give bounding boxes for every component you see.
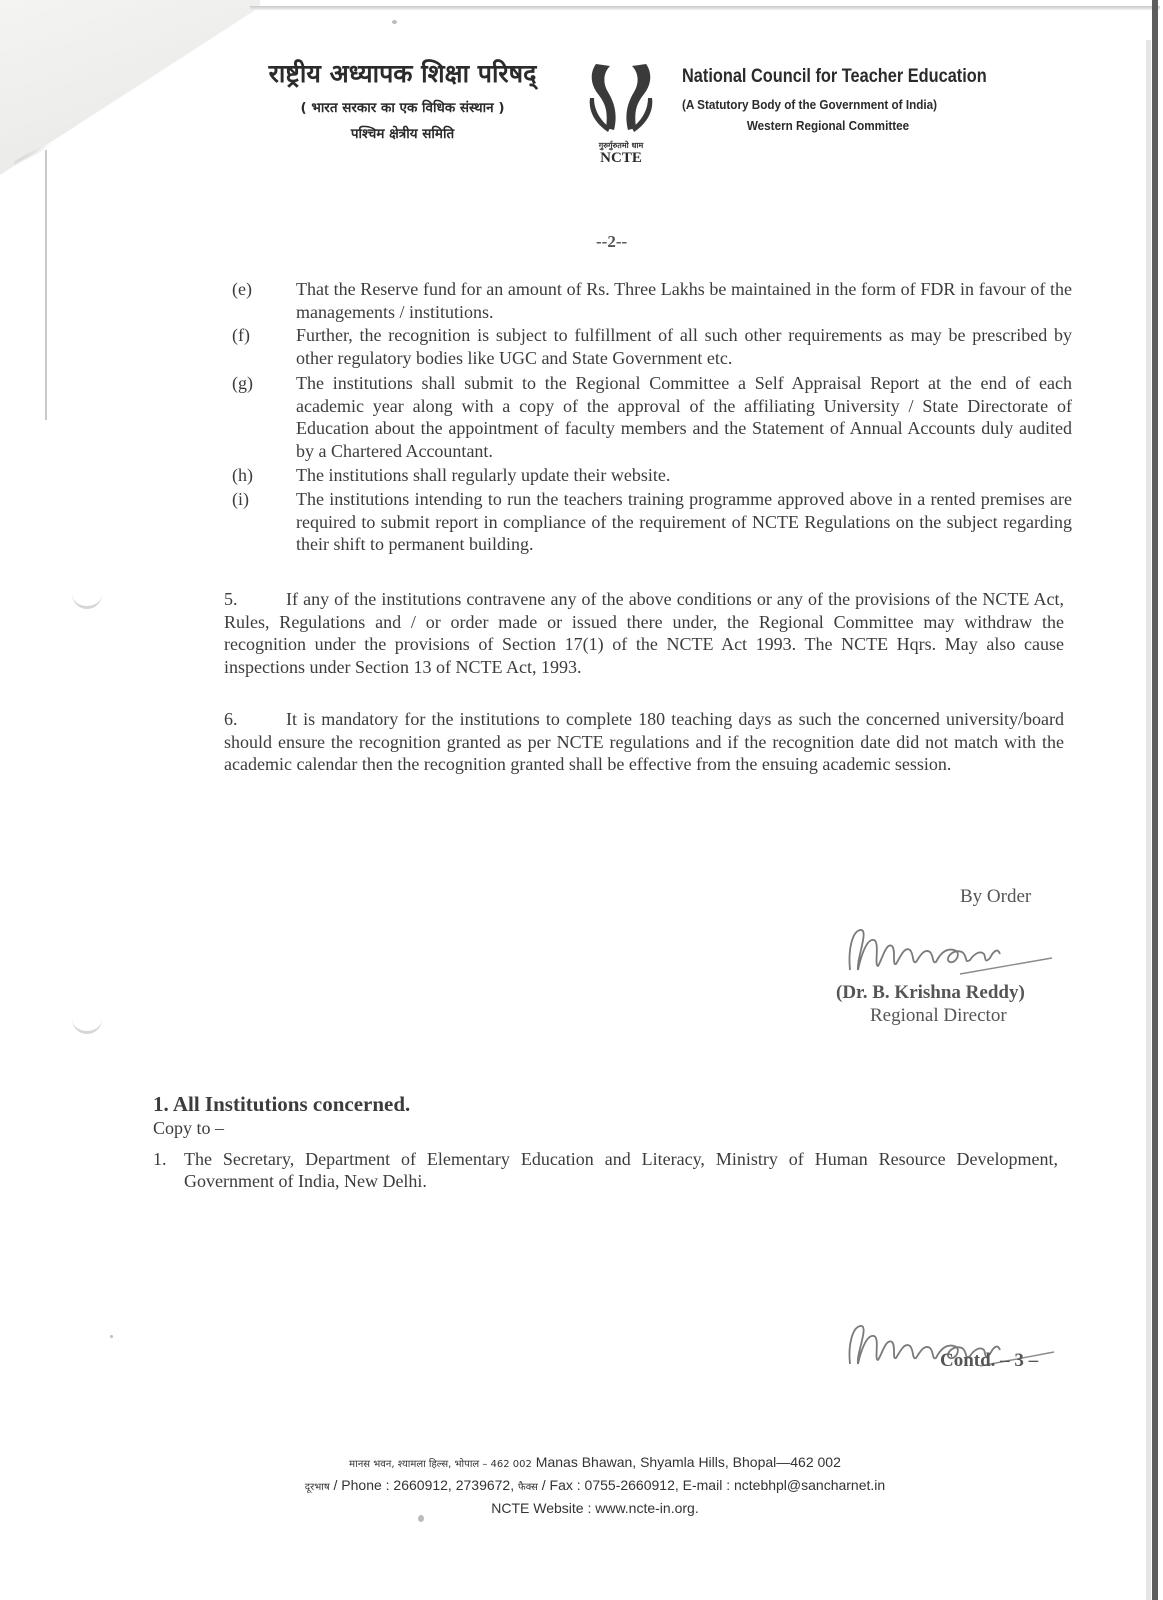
condition-text: The institutions shall submit to the Reg… — [296, 372, 1072, 462]
letterhead-english: National Council for Teacher Education (… — [682, 66, 1012, 133]
logo-abbreviation: NCTE — [582, 151, 660, 166]
left-margin-line — [45, 150, 47, 420]
condition-text: The institutions shall regularly update … — [296, 464, 1072, 487]
english-title: National Council for Teacher Education — [682, 66, 966, 88]
page-top-edge — [250, 6, 1160, 10]
letterhead-footer: मानस भवन, श्यामला हिल्स, भोपाल – 462 002… — [230, 1452, 960, 1518]
continued-marker: Contd. – 3 – — [940, 1350, 1038, 1372]
footer-address-english: Manas Bhawan, Shyamla Hills, Bhopal—462 … — [536, 1454, 841, 1470]
copy-item-text: The Secretary, Department of Elementary … — [184, 1148, 1058, 1192]
footer-fax-email: / Fax : 0755-2660912, E-mail : nctebhpl@… — [542, 1477, 885, 1493]
footer-address-hindi: मानस भवन, श्यामला हिल्स, भोपाल – 462 002 — [349, 1459, 532, 1470]
copy-item-number: 1. — [153, 1148, 167, 1170]
signatory-name: (Dr. B. Krishna Reddy) — [836, 982, 1025, 1004]
paragraph-6: 6.It is mandatory for the institutions t… — [224, 708, 1064, 776]
english-subtitle: (A Statutory Body of the Government of I… — [682, 97, 979, 112]
page-right-shade — [1146, 40, 1151, 1600]
addressee: 1. All Institutions concerned. — [153, 1092, 410, 1117]
condition-text: The institutions intending to run the te… — [296, 488, 1072, 556]
english-committee: Western Regional Committee — [662, 118, 993, 133]
footer-phone: / Phone : 2660912, 2739672, — [334, 1477, 515, 1493]
paragraph-text: It is mandatory for the institutions to … — [224, 709, 1064, 774]
hindi-title: राष्ट्रीय अध्यापक शिक्षा परिषद् — [240, 56, 565, 90]
scan-speck — [392, 20, 397, 24]
condition-label: (i) — [232, 488, 249, 511]
letterhead-hindi: राष्ट्रीय अध्यापक शिक्षा परिषद् ( भारत स… — [240, 56, 565, 142]
condition-label: (g) — [232, 372, 253, 395]
footer-website: NCTE Website : www.ncte-in.org. — [230, 1498, 960, 1518]
page-right-edge — [1152, 0, 1158, 1600]
signature-mark — [830, 920, 1060, 985]
condition-item: (g) The institutions shall submit to the… — [232, 372, 1072, 462]
footer-contact: दूरभाष / Phone : 2660912, 2739672, फैक्स… — [230, 1475, 960, 1498]
paragraph-number: 5. — [224, 588, 286, 611]
condition-label: (h) — [232, 464, 253, 487]
footer-address: मानस भवन, श्यामला हिल्स, भोपाल – 462 002… — [230, 1452, 960, 1475]
handwritten-signature-icon — [830, 920, 1060, 980]
condition-item: (h) The institutions shall regularly upd… — [232, 464, 1072, 487]
copy-to-item: 1. The Secretary, Department of Elementa… — [153, 1148, 1058, 1192]
ncte-logo: गुरुर्गुरुतमो धाम NCTE — [582, 58, 660, 173]
condition-text: That the Reserve fund for an amount of R… — [296, 278, 1072, 323]
hindi-subtitle: ( भारत सरकार का एक विधिक संस्थान ) — [240, 98, 565, 116]
footer-phone-label-hindi: दूरभाष — [305, 1482, 330, 1493]
ncte-hands-emblem-icon — [588, 58, 654, 138]
scan-speck — [110, 1335, 113, 1338]
condition-label: (f) — [232, 324, 250, 347]
condition-label: (e) — [232, 278, 252, 301]
condition-item: (e) That the Reserve fund for an amount … — [232, 278, 1072, 323]
paragraph-number: 6. — [224, 708, 286, 731]
copy-to-label: Copy to – — [153, 1118, 224, 1139]
hindi-committee: पश्चिम क्षेत्रीय समिति — [240, 124, 565, 142]
by-order-text: By Order — [960, 886, 1031, 908]
signatory-designation: Regional Director — [870, 1005, 1007, 1027]
paragraph-text: If any of the institutions contravene an… — [224, 589, 1064, 677]
condition-item: (i) The institutions intending to run th… — [232, 488, 1072, 556]
page-number: --2-- — [596, 232, 627, 252]
paragraph-5: 5.If any of the institutions contravene … — [224, 588, 1064, 678]
footer-fax-label-hindi: फैक्स — [518, 1482, 538, 1493]
condition-item: (f) Further, the recognition is subject … — [232, 324, 1072, 369]
condition-text: Further, the recognition is subject to f… — [296, 324, 1072, 369]
